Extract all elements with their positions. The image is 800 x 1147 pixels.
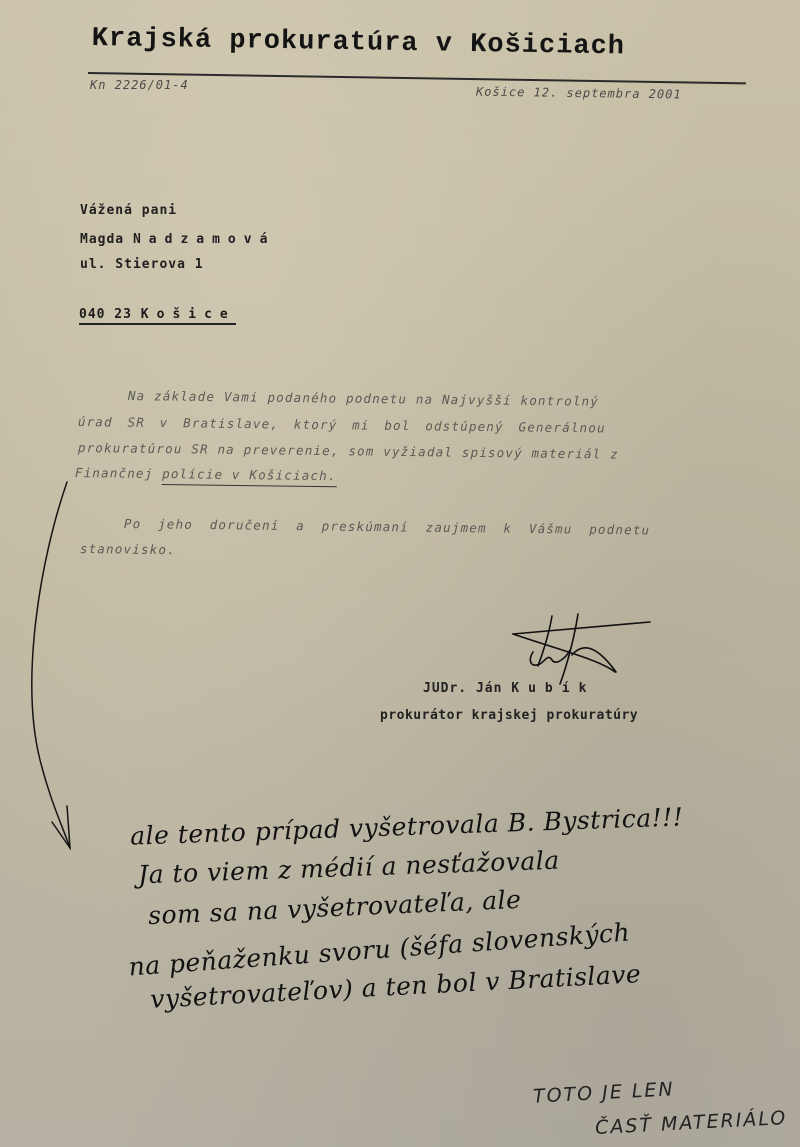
signatory-surname: Kubík [511,681,595,696]
signatory-name: JUDr. Ján Kubík [423,681,595,696]
signatory-role: prokurátor krajskej prokuratúry [380,708,638,723]
signatory-title-first-name: JUDr. Ján [423,681,502,696]
margin-arrow [32,482,70,848]
